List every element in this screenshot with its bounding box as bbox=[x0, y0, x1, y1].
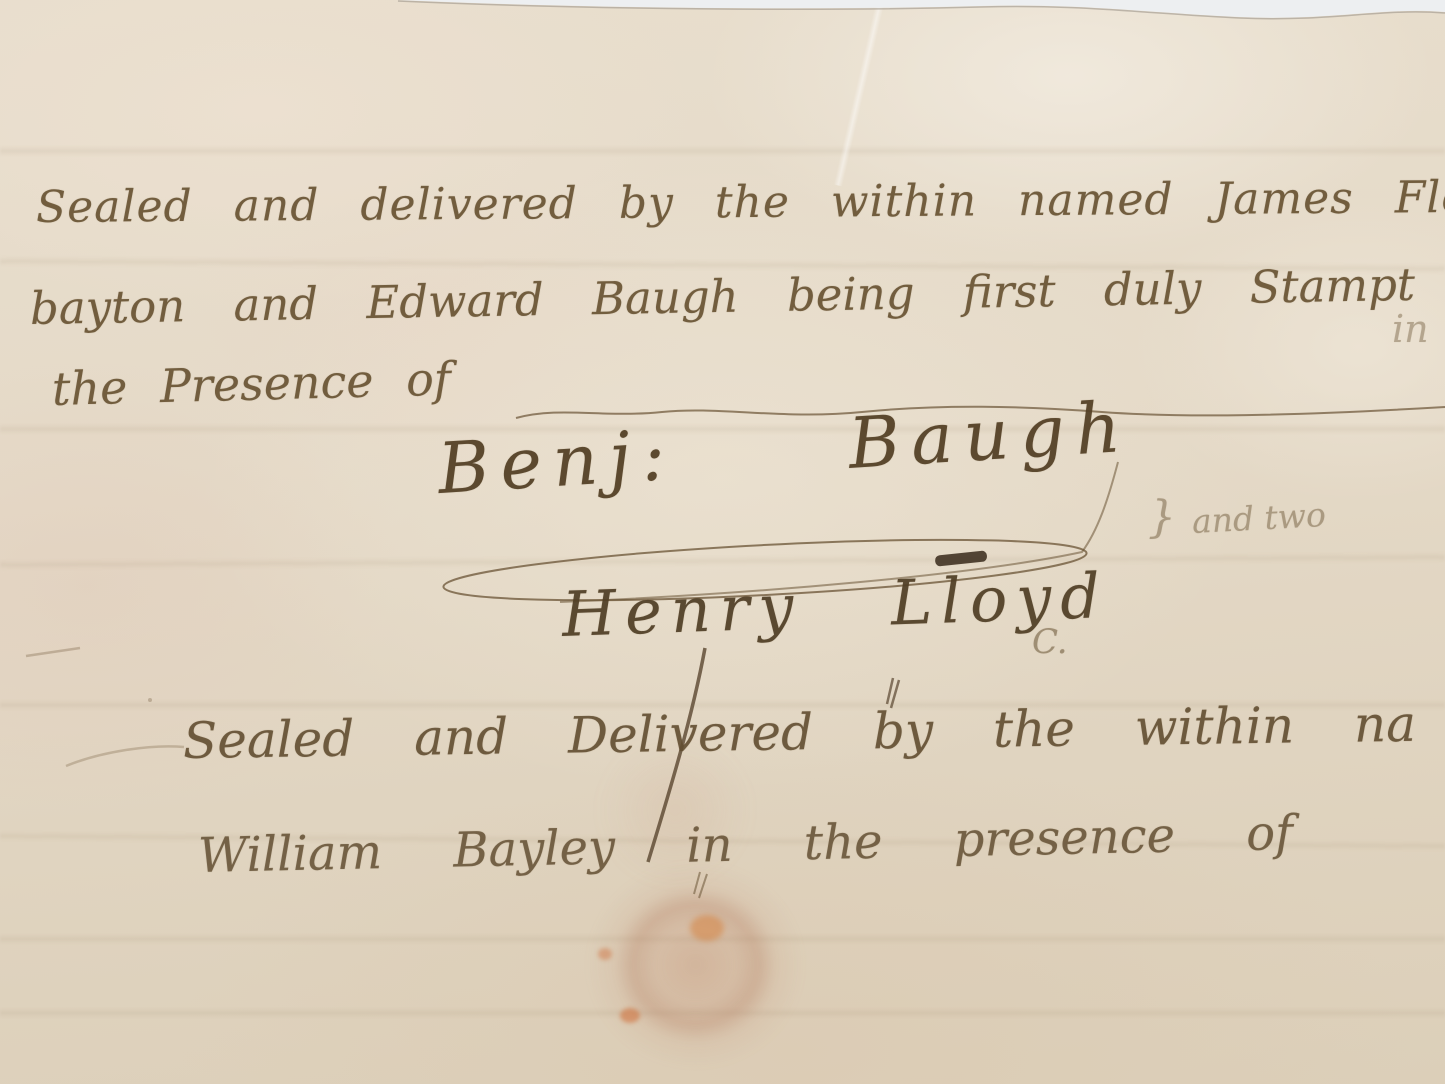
signature-henry-lloyd: Henry Lloyd bbox=[561, 559, 1110, 651]
seal-stain-spot bbox=[620, 1008, 640, 1023]
background-strip bbox=[398, 0, 1445, 18]
attestation2-line2: William Bayley in the presence of bbox=[197, 805, 1293, 884]
attestation1-line2-trailing: in bbox=[1392, 307, 1429, 351]
attestation1-line1: Sealed and delivered by the within named… bbox=[36, 172, 1445, 233]
wax-seal-offset-ring bbox=[588, 862, 803, 1067]
marginal-note: and two bbox=[1191, 495, 1327, 541]
parchment-crease bbox=[834, 0, 888, 186]
parchment-crease bbox=[0, 552, 1445, 570]
seal-stain-spot bbox=[690, 915, 724, 941]
parchment-photo: Sealed and delivered by the within named… bbox=[0, 0, 1445, 1084]
attestation1-line2: bayton and Edward Baugh being first duly… bbox=[30, 258, 1416, 335]
margin-dash bbox=[26, 648, 80, 656]
signature-benj-baugh: Benj: Baugh bbox=[435, 386, 1133, 510]
attestation1-line3: the Presence of bbox=[51, 352, 451, 416]
marginal-brace: } bbox=[1148, 492, 1176, 543]
seal-stain-spot bbox=[598, 948, 612, 960]
signature-henry-lloyd-mark: C. bbox=[1032, 622, 1068, 662]
parchment-crease bbox=[0, 146, 1445, 156]
margin-dash bbox=[66, 746, 184, 766]
parchment-top-edge bbox=[398, 1, 1445, 19]
